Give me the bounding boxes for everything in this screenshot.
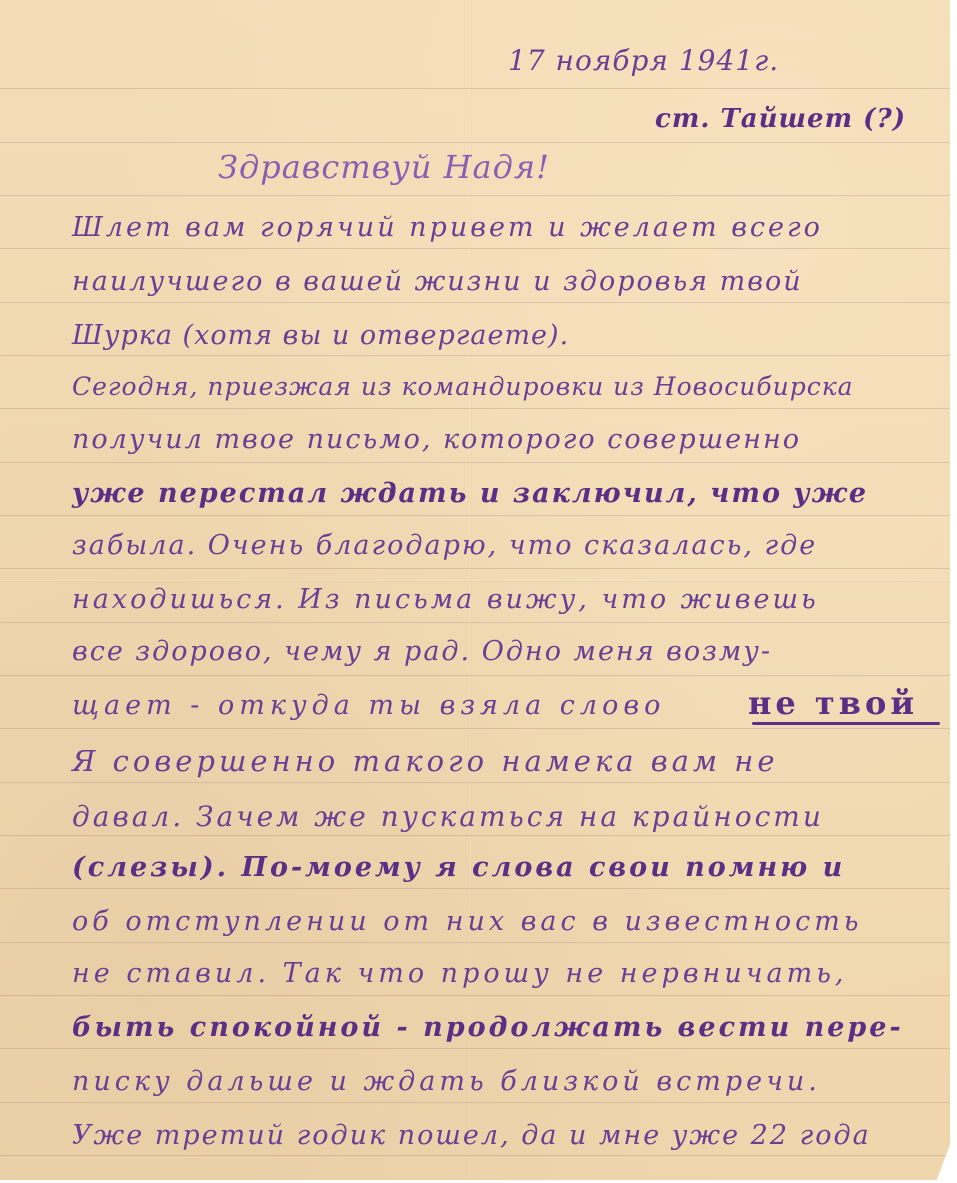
letter-date: 17 ноября 1941г. [508,44,779,77]
letter-line: быть спокойной - продолжать вести пере- [72,1012,904,1043]
letter-line: все здорово, чему я рад. Одно меня возму… [72,636,772,667]
letter-line: Уже третий годик пошел, да и мне уже 22 … [72,1120,871,1151]
ruled-line [0,888,950,889]
letter-line: получил твое письмо, которого совершенно [72,424,801,455]
ruled-line [0,1048,950,1049]
ruled-line [0,782,950,783]
ruled-line [0,728,950,729]
ruled-line [0,302,950,303]
ruled-line [0,622,950,623]
letter-line: Шлет вам горячий привет и желает всего [72,212,823,243]
ruled-line [0,515,950,516]
letter-greeting: Здравствуй Надя! [218,148,550,186]
letter-line: уже перестал ждать и заключил, что уже [72,478,868,509]
letter-line: наилучшего в вашей жизни и здоровья твой [72,266,803,297]
ruled-line [0,942,950,943]
letter-line: Шурка (хотя вы и отвергаете). [72,320,569,351]
paper-fold-horizontal [0,580,950,582]
letter-line: забыла. Очень благодарю, что сказалась, … [72,530,817,561]
ruled-line [0,675,950,676]
ruled-line [0,355,950,356]
ruled-line [0,1102,950,1103]
letter-line: Я совершенно такого намека вам не [72,744,778,778]
underlined-phrase: не твой [748,684,918,722]
ruled-line [0,835,950,836]
letter-line: Сегодня, приезжая из командировки из Нов… [72,372,854,401]
letter-line: щает - откуда ты взяла слово [72,690,665,721]
ruled-line [0,248,950,249]
ruled-line [0,995,950,996]
ruled-line [0,408,950,409]
letter-line: об отступлении от них вас в известность [72,906,863,937]
ruled-line [0,88,950,89]
ruled-line [0,568,950,569]
ruled-line [0,142,950,143]
letter-sheet: 17 ноября 1941г. ст. Тайшет (?) Здравств… [0,0,950,1180]
letter-place: ст. Тайшет (?) [655,104,906,134]
underline-mark [752,722,940,725]
ruled-line [0,462,950,463]
letter-line: не ставил. Так что прошу не нервничать, [72,958,847,989]
letter-line: находишься. Из письма вижу, что живешь [72,584,819,615]
ruled-line [0,195,950,196]
letter-line: писку дальше и ждать близкой встречи. [72,1066,821,1097]
ruled-line [0,1155,950,1156]
letter-line: (слезы). По-моему я слова свои помню и [72,852,845,883]
letter-line: давал. Зачем же пускаться на крайности [72,800,824,833]
